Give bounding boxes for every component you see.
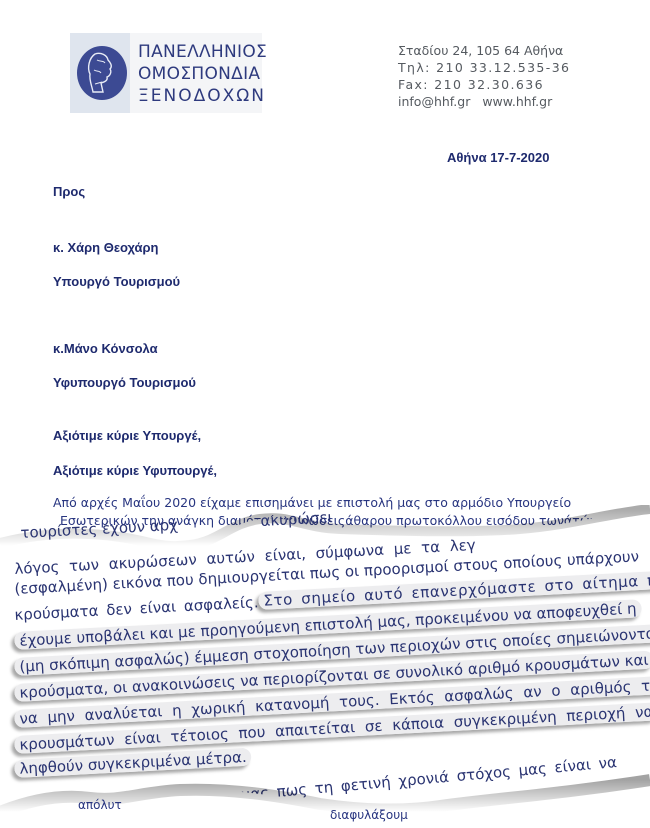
salutation-minister: Αξιότιμε κύριε Υπουργέ, (53, 428, 201, 443)
phone: Τηλ: 210 33.12.535-36 (398, 59, 570, 76)
organization-name: ΠΑΝΕΛΛΗΝΙΟΣ ΟΜΟΣΠΟΝΔΙΑ ΞΕΝΟΔΟΧΩΝ (138, 41, 267, 107)
recipient-name-2: κ.Μάνο Κόνσολα (53, 341, 158, 356)
email-link[interactable]: info@hhf.gr (398, 94, 470, 109)
website-link[interactable]: www.hhf.gr (482, 94, 552, 109)
bottom-fragment-left: απόλυτ (78, 798, 122, 812)
letter-date: Αθήνα 17-7-2020 (447, 150, 549, 165)
contact-block: Σταδίου 24, 105 64 Αθήνα Τηλ: 210 33.12.… (398, 42, 570, 110)
fax: Fax: 210 32.30.636 (398, 76, 570, 93)
salutation-deputy-minister: Αξιότιμε κύριε Υφυπουργέ, (53, 463, 217, 478)
torn-line-fragment-tail: ακυρώσει (260, 508, 333, 530)
organization-logo: ΠΑΝΕΛΛΗΝΙΟΣ ΟΜΟΣΠΟΝΔΙΑ ΞΕΝΟΔΟΧΩΝ (70, 33, 262, 113)
zoomed-line-3: κρούσματα δεν είναι ασφαλείς. (14, 593, 259, 624)
medallion-profile-icon (77, 46, 127, 100)
to-label: Προς (53, 184, 85, 199)
recipient-name-1: κ. Χάρη Θεοχάρη (53, 240, 158, 255)
recipient-title-1: Υπουργό Τουρισμού (53, 274, 180, 289)
address: Σταδίου 24, 105 64 Αθήνα (398, 42, 570, 59)
recipient-title-2: Υφυπουργό Τουρισμού (53, 375, 196, 390)
bottom-fragment-right: διαφυλάξουμ (330, 808, 408, 822)
